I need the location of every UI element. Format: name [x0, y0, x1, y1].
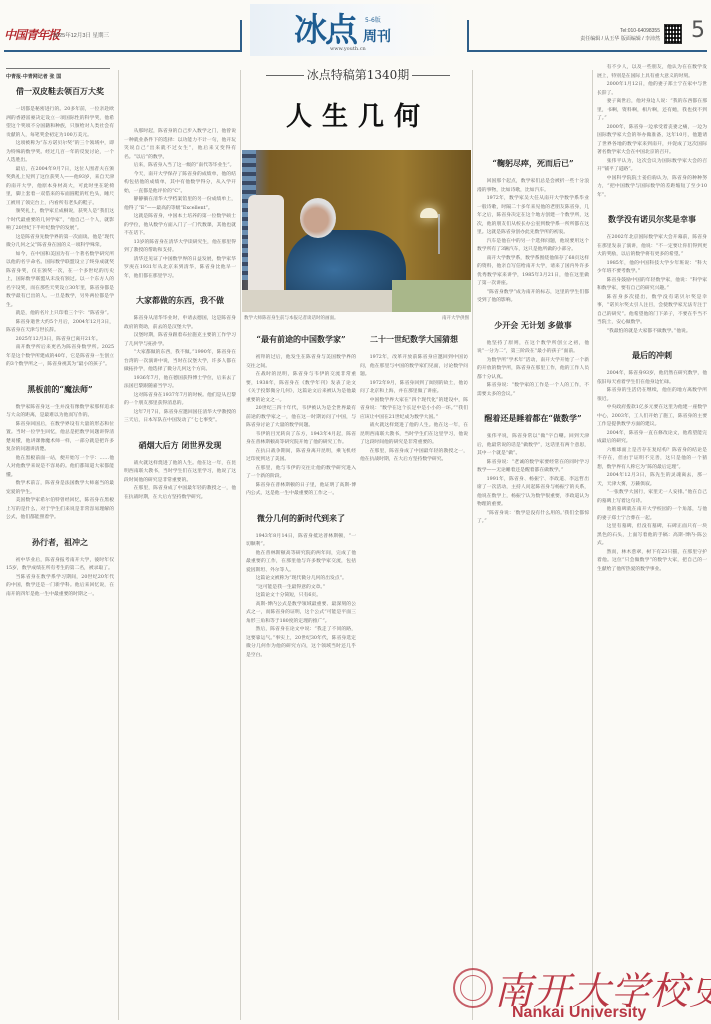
issue-date: 2025年12月3日 星期三 [53, 31, 109, 39]
article-column-2: 从那时起，陈省身的自己步入数学之门，他曾说一种就业条件下的选择：以功能力不计一句… [124, 128, 236, 1020]
paragraph: 1972年，改革开放前陈省身应邀回到中国访问，他在那里与中国的数学家们见面，讨论… [360, 354, 468, 380]
paragraph: 这项被称为“东方诺贝尔奖”的三个领域中，即为特殊的数学奖。经过几百一年的反复讨论… [6, 140, 114, 166]
paper-logo: 中国青年报 [4, 26, 59, 43]
masthead: 中国青年报 2025年12月3日 星期三 冰点 5-6版 周刊 www.yout… [0, 0, 711, 62]
section-heading: 硝烟大后方 闭世界发现 [124, 440, 236, 450]
photo-blanket [392, 280, 471, 312]
paragraph: “这可能是我一生最得意的文章。” [246, 584, 356, 593]
paragraph: 20世纪三四十年代，韦伊被认为是全世界最有前途的数学家之一，他在这一时期访问了中… [246, 405, 356, 431]
photo-lamp-arm [438, 214, 440, 254]
paragraph: 这对陈省身在1937年7月的时候。他们是从巴黎的一个朋友那里获得消息的。 [124, 392, 236, 409]
paragraph: 中国数学界大家在“四个现代化”的建设中，陈省身说：“数学在这个长足中是小小的一环… [360, 397, 468, 423]
section-heading: 大家都做的东西，我不做 [124, 295, 236, 305]
paragraph: 高斯-博内公式是数学领域最重要、最深刻的公式之一，而陈省身的证明，这个公式“可能… [246, 601, 356, 627]
paragraph: 六维球面上是否存在复结构？陈省身的结论是不存在，但由于证明不完善，这只是他的一个… [597, 447, 707, 473]
paragraph: 陈省身回国后，在数学界设有大量的形态和位置。当时一位学生回忆，他总是把数学问题讲… [6, 421, 114, 455]
telephone: Tel:010-64098355 [620, 28, 660, 34]
paragraph: 陈省身多次提出，数学没有诺贝尔奖是幸事，“诺贝尔奖太引人注目，会使数学家无法专注… [597, 294, 707, 328]
paragraph: 在那里，陈省身成了中国最年轻的教授之一，他在抗战时期，在大后方坚持数学研究。 [124, 485, 236, 502]
brand-title: 冰点 [294, 4, 356, 51]
article-column-3b: 二十一世纪数学大国猜想 1972年，改革开放前陈省身应邀回到中国访问，他在那里与… [360, 330, 468, 1020]
paragraph: 今天，南开大学保存了陈省身的成绩单，他的结构包括他的成绩单，其中有他数学得分，从… [124, 171, 236, 197]
editors-credit: 责任编辑 / 从玉华 版面编辑 / 李沛然 [580, 35, 660, 42]
paragraph: 这篇论文被称为“现代微分几何的出发点”。 [246, 575, 356, 584]
section-heading: 借一双皮鞋去领百万大奖 [6, 86, 114, 96]
paragraph: 在那里，他与韦伊的交往让他的数学研究进入了一个新的阶段。 [246, 465, 356, 482]
paragraph: 美国数学家希尔伯特曾经回忆，陈省身在黑板上写的是什么，对于学生们来说是非常容易理… [6, 497, 114, 523]
paragraph: 南开大学数学系，数学系围绕他保存了68页这样的资料，他亲自写信给南开大学，请来了… [477, 255, 589, 289]
paragraph: “陈省身说：‘数学是没有什么用的。’我们全都惊了。” [477, 510, 589, 527]
section-heading: 最后的冲刺 [597, 350, 707, 360]
section-heading: 黑板前的“魔法师” [6, 384, 114, 394]
qr-code-icon[interactable] [664, 24, 682, 44]
paragraph: 汉堡时期，陈省身跟着布拉施克主要的工作学习了几何学与拓扑学。 [124, 332, 236, 349]
paragraph: 这年7月7日，陈省身应邀回国任清华大学教授的三天后，日本军队在中国发动了“七七事… [124, 409, 236, 426]
section-heading: 孙行者，祖冲之 [6, 537, 114, 547]
section-heading: “最有前途的中国数学家” [246, 334, 356, 344]
paragraph: 陈省身在普林斯顿的日子里，他证明了高斯-博内公式，这是他一生中最重要的工作之一。 [246, 482, 356, 499]
paragraph: 颁奖礼上，数学家丘成桐说，获奖人是“我们这个时代最重要的几何学家”，“他自己一个… [6, 208, 114, 234]
paragraph: 韦伊的目光转向了东方，1943年4月起，陈省身在普林斯顿高等研究院开始了他的研究… [246, 431, 356, 448]
paragraph: 静静躺在清华大学档案馆里的另一份成绩单上，他得了“E”——最高的等级“Excel… [124, 196, 236, 213]
paragraph: 一切都是秘密进行的。20多年前，一位亲赴欧洲的香港富豪决定设立一项国际性的科学奖… [6, 106, 114, 140]
photo-caption: 数学大师陈省身生前与本报记者谈话时的画面。 南开大学供图 [244, 315, 469, 321]
paragraph: 这篇论文十分简短，只有6页。 [246, 592, 356, 601]
paragraph: 初中毕业后，陈省身报考南开大学，彼时年仅15岁，数学成绩在所有考生的第二名，被录… [6, 557, 114, 574]
article-column-1: 借一双皮鞋去领百万大奖 一切都是秘密进行的。20多年前，一位亲赴欧洲的香港富豪决… [6, 82, 114, 1020]
photo-credit: 南开大学供图 [442, 315, 469, 321]
section-brand: 冰点 5-6版 周刊 www.youth.cn [250, 4, 456, 56]
paragraph: 战火就这样烧进了他的人生。他在这一年，在昆明西南联大教书，当时学生们在这里学习，… [360, 422, 468, 448]
section-heading: 数学没有诺贝尔奖是幸事 [597, 214, 707, 224]
article-column-4: “鞠躬尽瘁，死而后已” 回国那个起点，数学家们总是会被折一些十分浪漫的事物，比如… [477, 154, 589, 1020]
paragraph: 他的墓碑就在南开大学校园的一个角落，与他的妻子郑士宁合葬在一起。 [597, 506, 707, 523]
paragraph: 这里有墓碑，但没有墓碑，石碑正面只有一块黑色的石头，上面写着他的手稿：高斯-博内… [597, 523, 707, 549]
paragraph: 这是陈省身先数学界的第一次面谈。他是“现代微分几何之父”陈省身在国的义一项科学殊… [6, 234, 114, 251]
paragraph: 13岁的陈省身在清华大学读研究生，他在那里得到了教授的帮助和支持。 [124, 239, 236, 256]
paragraph: 2004年，陈省身一直在修改论文，他希望能完成最后的研究。 [597, 430, 707, 447]
paragraph: 最后，在2004年9月7日，这位人围者夫在颁奖典礼上见到了这位获奖人——他93岁… [6, 166, 114, 209]
watermark: 南开大学校史网 Nankai University [436, 960, 711, 1024]
paragraph: “陈省身数学”成为南开的标志，这里的学生们都受到了他的影响。 [477, 289, 589, 306]
paragraph: 陈省身鼓励中国的年轻数学家，他说：“科学家和数学家，要有自己的研究兴趣。” [597, 277, 707, 294]
paragraph: 1985年，他的中国科技大学少年班说：“科大少年班不要考数学。” [597, 260, 707, 277]
paragraph: 然而，林木葱翠，树下有23只猫，在那里守护着他。这位“只会做数学”的数学大家，把… [597, 549, 707, 575]
paragraph: 后来，陈省身入当了这一级的“南代等毕业生”。 [124, 162, 236, 171]
section-heading: 二十一世纪数学大国猜想 [360, 334, 468, 344]
paragraph: 战火就这样烧进了他的人生。他在这一年，在昆明西南联大教书，当时学生们在这里学习，… [124, 460, 236, 486]
page-number: 5 [691, 18, 705, 43]
paragraph: 陈省身说：“数学家的工作是一个人的工作，不需要太多的会议。” [477, 382, 589, 399]
paragraph: 有不少人，以及一些朋友，他认为在在数学发展上，特别是在国际上具有重大意义的时刻。 [597, 64, 707, 81]
paragraph: 初拜的过后，他发生在陈省身与美国数学界的交往之间。 [246, 354, 356, 371]
paragraph: 数学术前言，陈省身是法国数学大师嘉当的最宠爱的学生。 [6, 480, 114, 497]
paragraph: 如今，在中国和美国为有一个著名数学研究所以他的名字命名。国际数学联盟设立了终身成… [6, 251, 114, 311]
edition-label: 5-6版 [365, 15, 381, 24]
paragraph: 1991年，陈省身、杨振宁、李政道、李远哲出席了一次活动，主持人问起陈省身与杨振… [477, 476, 589, 510]
paragraph: 回国那个起点，数学家们总是会被折一些十分浪漫的事物，比如诗歌，比如汽车。 [477, 178, 589, 195]
paragraph: 这就是陈省身，中国本土培养的第一位数学硕士的学位，他从数学方面入门了一门代数课，… [124, 213, 236, 239]
paragraph: 2004年12月3日，陈先生的灵魂离去，那一天，天津大雾，万籁俱寂。 [597, 472, 707, 489]
paragraph: 在战时的昆明，陈省身与韦伊的交流非常重要，1938年，陈省身在《数学年刊》发表了… [246, 371, 356, 405]
special-issue-text: 冰点特稿第1340期 [307, 68, 410, 82]
paragraph: 2025年12月3日，陈省身已离开21年。 [6, 336, 114, 345]
paragraph: 中央政府拨款1亿多元要在这里为他建一座数学中心，2003年，工人们开始了施工，陈… [597, 404, 707, 430]
special-issue-label: 冰点特稿第1340期 [248, 66, 468, 83]
paragraph: 他在黑板前面一站，便开始写一个字：……他人对他数学来说是不容易的。他们都知道大家… [6, 455, 114, 481]
article-title: 人生几何 [248, 96, 468, 133]
paragraph: 从那时起，陈省身的自己步入数学之门，他曾说一种就业条件下的选择：以功能力不计一句… [124, 128, 236, 162]
paragraph: 1972年，数学家吴大任从南开大学数学系毕业一般诗歌，时隔二十多年来见他的老朋友… [477, 195, 589, 238]
photo-lamp [420, 208, 438, 218]
paragraph: 在2002年北京国际数学家大会开幕前，陈省身在那里发表了演讲，他说：“不一定要让… [597, 234, 707, 260]
masthead-left: 中国青年报 2025年12月3日 星期三 [4, 20, 242, 52]
paragraph: 2000年，陈省身一边承受着丧妻之痛，一边为国际数学家大会的举办做准备，这年10… [597, 124, 707, 158]
paragraph: 南开数学所后来更名为陈省身数学所。2025年是这个数学所建成的40年，它是陈省身… [6, 344, 114, 370]
paragraph: 陈省身从清华毕业时，申请去德国，这是陈省身政府的资助，前去的是汉堡大学。 [124, 315, 236, 332]
website-link[interactable]: www.youth.cn [330, 46, 366, 52]
watermark-english: Nankai University [512, 1004, 646, 1022]
paragraph: 张伟平认为，这次会议为国际数学家大会的召开“铺平了道路”。 [597, 158, 707, 175]
paragraph: 张伟平说，陈省身常以“做”字自嘲。回到天津后，他最常说的话是“做数学”，这话里有… [477, 433, 589, 459]
masthead-right: Tel:010-64098355 责任编辑 / 从玉华 版面编辑 / 李沛然 5 [467, 20, 707, 52]
section-heading: “鞠躬尽瘁，死而后已” [477, 158, 589, 168]
paragraph: 他在普林斯顿高等研究院的两年间，完成了他最重要的工作，在那里他与许多数学家交流，… [246, 550, 356, 576]
paragraph: 在那里，陈省身成了中国最年轻的教授之一，他在抗战时期，在大后方坚持数学研究。 [360, 448, 468, 465]
paragraph: 数学家陈省身这一生并没有像数学家那样追求与大众的距离，是最难以为他而写作的。 [6, 404, 114, 421]
section-heading: 少开会 无计划 多做事 [477, 320, 589, 330]
column-divider [240, 70, 241, 1020]
paragraph: 清华还见证了中国数学界的日益发展，数学家华罗庚在1931年从北京来到清华，陈省身… [124, 256, 236, 282]
section-heading: 醒着还是睡着都在“做数学” [477, 413, 589, 423]
paragraph: 陈省身说：“老诚的数学家要经常在的同时学习数学——无论睡着还是醒着都在做数学。” [477, 459, 589, 476]
paragraph: 1972年9月，陈省身回到了阔别的故土，他访问了北京和上海，并在那里做了讲座。 [360, 380, 468, 397]
column-divider [472, 70, 473, 1020]
paragraph: 2004年，陈省身93岁，他仍然在研究数学，他依旧每天看着学生们在他身边忙碌。 [597, 370, 707, 387]
paragraph: 然后，陈省身在论文中说：“我走了不同的路，这要靠运气。”事实上，20世纪30年代… [246, 626, 356, 660]
photo-bed [242, 290, 392, 312]
paragraph: 在抗日战争期间，陈省身离开昆明，乘飞机经过印度到达了美国。 [246, 448, 356, 465]
column-divider [592, 70, 593, 1020]
article-column-3: “最有前途的中国数学家” 初拜的过后，他发生在陈省身与美国数学界的交往之间。 在… [246, 330, 356, 1020]
paragraph: 妻子离世后，他对身边人说：“我的东西都在那里，书啊，资料啊，相片啊，还有她，我也… [597, 98, 707, 124]
paragraph: 1936年7月，他在德国获得博士学位，后来去了法国巴黎跟随嘉当学习。 [124, 375, 236, 392]
paragraph: 陈省身逝世大约5个月后，2004年12月3日，陈省身在天津与世长辞。 [6, 319, 114, 336]
paragraph: 汽车是他在中的另一个选择问题，他说要用这个数学所有了3辆汽车，这只是他所做的小部… [477, 238, 589, 255]
caption-text: 数学大师陈省身生前与本报记者谈话时的画面。 [244, 315, 339, 320]
university-seal-icon [453, 968, 493, 1008]
byline: 中青报·中青网记者 张 国 [6, 68, 110, 80]
paragraph: 当陈省身在数学系学习期间，20世纪20年代的中国，数学还是一门新学科。他后来回忆… [6, 574, 114, 600]
photo-chair [248, 195, 284, 295]
column-divider [118, 70, 119, 1020]
paragraph: “一张数学大国行，家里无一人安排。”他在自己的墓碑上写着这句诗。 [597, 489, 707, 506]
photo-subject-head [300, 198, 336, 238]
weekly-label: 周刊 [363, 26, 391, 46]
paragraph: 陈省身的生活仍在继续，他住的地方离数学所很近。 [597, 387, 707, 404]
paragraph: 2000年1月12日，他的妻子郑士宁在家中与世长辞了。 [597, 81, 707, 98]
paragraph: 他坚持了原则，在这个数学所创立之初，他说“一分为二”，第三阶段在“最小的孩子”面… [477, 340, 589, 357]
article-column-5: 有不少人，以及一些朋友，他认为在在数学发展上，特别是在国际上具有重大意义的时刻。… [597, 64, 707, 1020]
article-photo [242, 150, 471, 312]
paragraph: 中国科学院院士姜伯驹认为，陈省身的种种努力，“把中国数学与国际数学的差距缩短了至… [597, 175, 707, 201]
section-heading: 微分几何的新时代到来了 [246, 513, 356, 523]
paragraph: 1943年8月14日，陈省身抵达普林斯顿，“一切顺利”。 [246, 533, 356, 550]
paragraph: “大家都做的东西，我不做。”1990年，陈省身在台湾的一次演讲中说，当时在汉堡大… [124, 349, 236, 375]
paragraph: “我最怕的就是大家都不做数学。”他说。 [597, 328, 707, 337]
paragraph: 就是，他的名片上只印着三个字：“陈省身”。 [6, 310, 114, 319]
paragraph: 为数学所“学术年”活动，南开大学开始了一个新的开放的数学所，陈省身在那里工作，他… [477, 357, 589, 383]
